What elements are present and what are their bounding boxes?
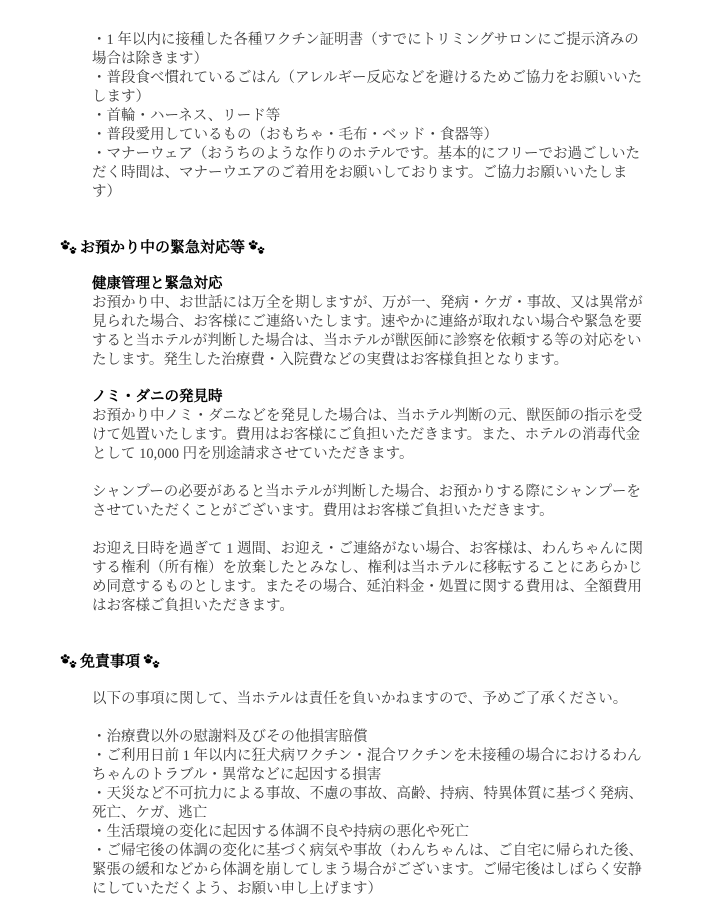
text-line: す） <box>92 183 654 202</box>
text-line: お預かり中、お世話には万全を期しますが、万が一、発病・ケガ・事故、又は異常が <box>92 294 654 313</box>
text-line: ・首輪・ハーネス、リード等 <box>92 107 654 126</box>
text-line: させていただくことがございます。費用はお客様ご負担いただきます。 <box>92 502 654 521</box>
text-line: 死亡、ケガ、逃亡 <box>92 804 654 823</box>
text-line: ・1 年以内に接種した各種ワクチン証明書（すでにトリミングサロンにご提示済みの <box>92 31 654 50</box>
paw-prints-icon <box>143 654 160 669</box>
text-line: ・ご利用日前 1 年以内に狂犬病ワクチン・混合ワクチンを未接種の場合におけるわん <box>92 747 654 766</box>
text-line: お迎え日時を過ぎて 1 週間、お迎え・ご連絡がない場合、お客様は、わんちゃんに関 <box>92 540 654 559</box>
paw-prints-icon <box>60 654 77 669</box>
text-line: め同意するものとします。またその場合、延泊料金・処置に関する費用は、全額費用 <box>92 578 654 597</box>
text-line: ・普段愛用しているもの（おもちゃ・毛布・ベッド・食器等） <box>92 126 654 145</box>
section-heading-text: お預かり中の緊急対応等 <box>80 238 245 257</box>
text-line: ・ご帰宅後の体調の変化に基づく病気や事故（わんちゃんは、ご自宅に帰られた後、 <box>92 842 654 861</box>
text-line: ・天災など不可抗力による事故、不慮の事故、高齢、持病、特異体質に基づく発病、 <box>92 785 654 804</box>
document-page: ・1 年以内に接種した各種ワクチン証明書（すでにトリミングサロンにご提示済みの場… <box>0 0 712 904</box>
text-line: けて処置いたします。費用はお客様にご負担いただきます。また、ホテルの消毒代金 <box>92 426 654 445</box>
text-line: はお客様ご負担いただきます。 <box>92 597 654 616</box>
text-line: する権利（所有権）を放棄したとみなし、権利は当ホテルに移転することにあらかじ <box>92 559 654 578</box>
text-line: にしていただくよう、お願い申し上げます） <box>92 880 654 899</box>
text-line: として 10,000 円を別途請求させていただきます。 <box>92 445 654 464</box>
text-line: すると当ホテルが判断した場合は、当ホテルが獣医師に診察を依頼する等の対応をい <box>92 332 654 351</box>
text-line: シャンプーの必要があると当ホテルが判断した場合、お預かりする際にシャンプーを <box>92 483 654 502</box>
text-line: 緊張の緩和などから体調を崩してしまう場合がございます。ご帰宅後はしばらく安静 <box>92 861 654 880</box>
disclaimer-section-heading: 免責事項 <box>60 652 654 671</box>
shampoo-paragraph: シャンプーの必要があると当ホテルが判断した場合、お預かりする際にシャンプーをさせ… <box>92 483 654 521</box>
disclaimer-intro-paragraph: 以下の事項に関して、当ホテルは責任を負いかねますので、予めご了承ください。 <box>92 690 654 709</box>
paw-prints-icon <box>248 240 265 255</box>
health-management-subheading: 健康管理と緊急対応 <box>92 275 654 294</box>
text-line: ちゃんのトラブル・異常などに起因する損害 <box>92 766 654 785</box>
text-line: たします。発生した治療費・入院費などの実費はお客様負担となります。 <box>92 351 654 370</box>
text-line: ・治療費以外の慰謝料及びその他損害賠償 <box>92 728 654 747</box>
abandonment-paragraph: お迎え日時を過ぎて 1 週間、お迎え・ご連絡がない場合、お客様は、わんちゃんに関… <box>92 540 654 616</box>
text-line: だく時間は、マナーウエアのご着用をお願いしております。ご協力お願いいたしま <box>92 164 654 183</box>
text-line: お預かり中ノミ・ダニなどを発見した場合は、当ホテル判断の元、獣医師の指示を受 <box>92 407 654 426</box>
text-line: します） <box>92 88 654 107</box>
flea-tick-paragraph: お預かり中ノミ・ダニなどを発見した場合は、当ホテル判断の元、獣医師の指示を受けて… <box>92 407 654 464</box>
text-line: ・生活環境の変化に起因する体調不良や持病の悪化や死亡 <box>92 823 654 842</box>
flea-tick-subheading: ノミ・ダニの発見時 <box>92 388 654 407</box>
text-line: 以下の事項に関して、当ホテルは責任を負いかねますので、予めご了承ください。 <box>92 690 654 709</box>
text-line: ・普段食べ慣れているごはん（アレルギー反応などを避けるためご協力をお願いいた <box>92 69 654 88</box>
text-line: ・マナーウェア（おうちのような作りのホテルです。基本的にフリーでお過ごしいた <box>92 145 654 164</box>
health-management-paragraph: お預かり中、お世話には万全を期しますが、万が一、発病・ケガ・事故、又は異常が見ら… <box>92 294 654 370</box>
section-heading-text: 免責事項 <box>80 652 140 671</box>
text-line: 見られた場合、お客様にご連絡いたします。速やかに連絡が取れない場合や緊急を要 <box>92 313 654 332</box>
emergency-response-section-heading: お預かり中の緊急対応等 <box>60 238 654 257</box>
items-to-bring-list: ・1 年以内に接種した各種ワクチン証明書（すでにトリミングサロンにご提示済みの場… <box>92 31 654 202</box>
paw-prints-icon <box>60 240 77 255</box>
document-body: ・1 年以内に接種した各種ワクチン証明書（すでにトリミングサロンにご提示済みの場… <box>60 31 654 899</box>
text-line: 場合は除きます） <box>92 50 654 69</box>
disclaimer-list: ・治療費以外の慰謝料及びその他損害賠償・ご利用日前 1 年以内に狂犬病ワクチン・… <box>92 728 654 899</box>
